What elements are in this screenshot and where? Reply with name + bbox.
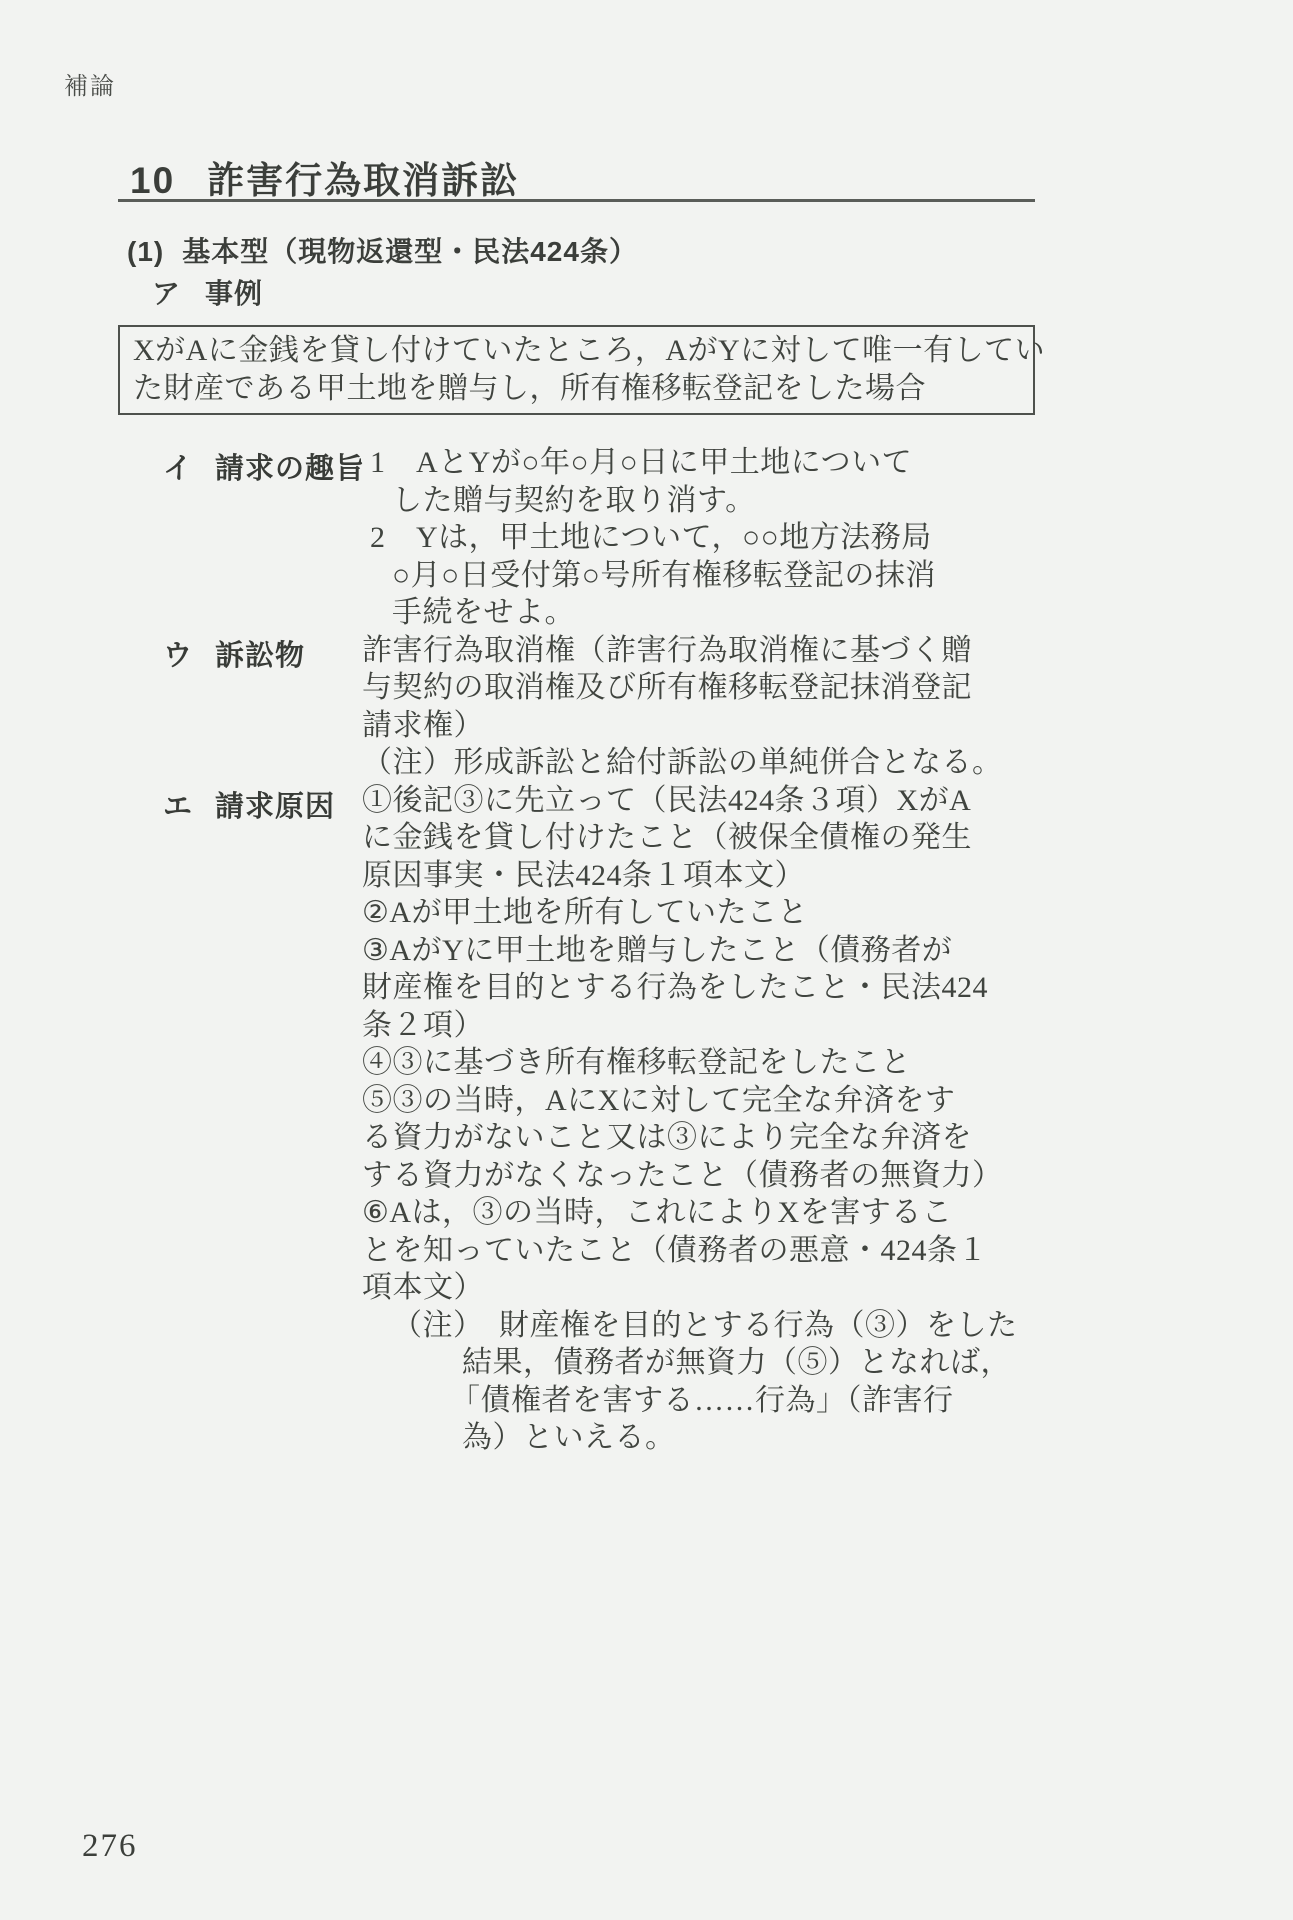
content-line: 「債権者を害する……行為」（詐害行 — [362, 1382, 1062, 1420]
row-label-text: 請求の趣旨 — [215, 453, 365, 485]
content-line: 原因事実・民法424条１項本文） — [362, 857, 1062, 895]
case-heading-text: 事例 — [205, 278, 263, 309]
section-underline — [118, 199, 1035, 202]
content-line: ④③に基づき所有権移転登記をしたこと — [362, 1044, 1062, 1082]
row-label-kana: イ — [163, 453, 193, 485]
content-line: 2 Yは，甲土地について，○○地方法務局 — [362, 519, 1062, 557]
row-label-soshobutsu: ウ訴訟物 — [163, 633, 305, 674]
content-line: 結果，債務者が無資力（⑤）となれば， — [362, 1344, 1062, 1382]
case-heading: ア事例 — [152, 272, 263, 312]
page-number: 276 — [82, 1828, 138, 1865]
section-title: 詐害行為取消訴訟 — [207, 160, 519, 201]
content-line: 為）といえる。 — [362, 1419, 1062, 1457]
content-line: ⑥Aは，③の当時，これによりXを害するこ — [362, 1194, 1062, 1232]
subsection-heading: (1)基本型（現物返還型・民法424条） — [127, 230, 638, 270]
content-line: に金銭を貸し付けたこと（被保全債権の発生 — [362, 819, 1062, 857]
row-label-seikyu-no-shushi: イ請求の趣旨 — [163, 446, 365, 487]
content-column: 1 AとYが○年○月○日に甲土地について した贈与契約を取り消す。 2 Yは，甲… — [362, 444, 1062, 1457]
subsection-number: (1) — [127, 236, 164, 267]
row-label-text: 請求原因 — [215, 791, 335, 823]
content-line: ③AがYに甲土地を贈与したこと（債務者が — [362, 932, 1062, 970]
content-line: 手続をせよ。 — [362, 594, 1062, 632]
content-line: ⑤③の当時，AにXに対して完全な弁済をす — [362, 1082, 1062, 1120]
row-label-kana: エ — [163, 791, 193, 823]
content-line: した贈与契約を取り消す。 — [362, 482, 1062, 520]
content-line: 与契約の取消権及び所有権移転登記抹消登記 — [362, 669, 1062, 707]
document-page: 補論 10詐害行為取消訴訟 (1)基本型（現物返還型・民法424条） ア事例 X… — [0, 0, 1293, 1920]
row-label-text: 訴訟物 — [215, 640, 305, 672]
row-label-seikyu-genin: エ請求原因 — [163, 784, 335, 825]
content-line: （注）形成訴訟と給付訴訟の単純併合となる。 — [362, 744, 1062, 782]
running-head: 補論 — [64, 66, 116, 101]
content-line: ○月○日受付第○号所有権移転登記の抹消 — [362, 557, 1062, 595]
section-heading: 10詐害行為取消訴訟 — [130, 150, 519, 204]
content-line: 詐害行為取消権（詐害行為取消権に基づく贈 — [362, 632, 1062, 670]
case-box: XがAに金銭を貸し付けていたところ，AがYに対して唯一有してい た財産である甲土… — [118, 325, 1035, 415]
row-label-kana: ウ — [163, 640, 193, 672]
section-number: 10 — [130, 160, 175, 201]
content-line: 財産権を目的とする行為をしたこと・民法424 — [362, 969, 1062, 1007]
content-line: る資力がないこと又は③により完全な弁済を — [362, 1119, 1062, 1157]
content-line: 項本文） — [362, 1269, 1062, 1307]
content-line: 1 AとYが○年○月○日に甲土地について — [362, 444, 1062, 482]
content-line: ①後記③に先立って（民法424条３項）XがA — [362, 782, 1062, 820]
content-line: （注） 財産権を目的とする行為（③）をした — [362, 1307, 1062, 1345]
case-box-line: た財産である甲土地を贈与し，所有権移転登記をした場合 — [133, 370, 1021, 408]
subsection-title: 基本型（現物返還型・民法424条） — [182, 236, 638, 267]
content-line: 請求権） — [362, 707, 1062, 745]
content-line: ②Aが甲土地を所有していたこと — [362, 894, 1062, 932]
content-line: とを知っていたこと（債務者の悪意・424条１ — [362, 1232, 1062, 1270]
case-box-line: XがAに金銭を貸し付けていたところ，AがYに対して唯一有してい — [133, 332, 1021, 370]
case-heading-kana: ア — [152, 278, 181, 309]
content-line: 条２項） — [362, 1007, 1062, 1045]
content-line: する資力がなくなったこと（債務者の無資力） — [362, 1157, 1062, 1195]
